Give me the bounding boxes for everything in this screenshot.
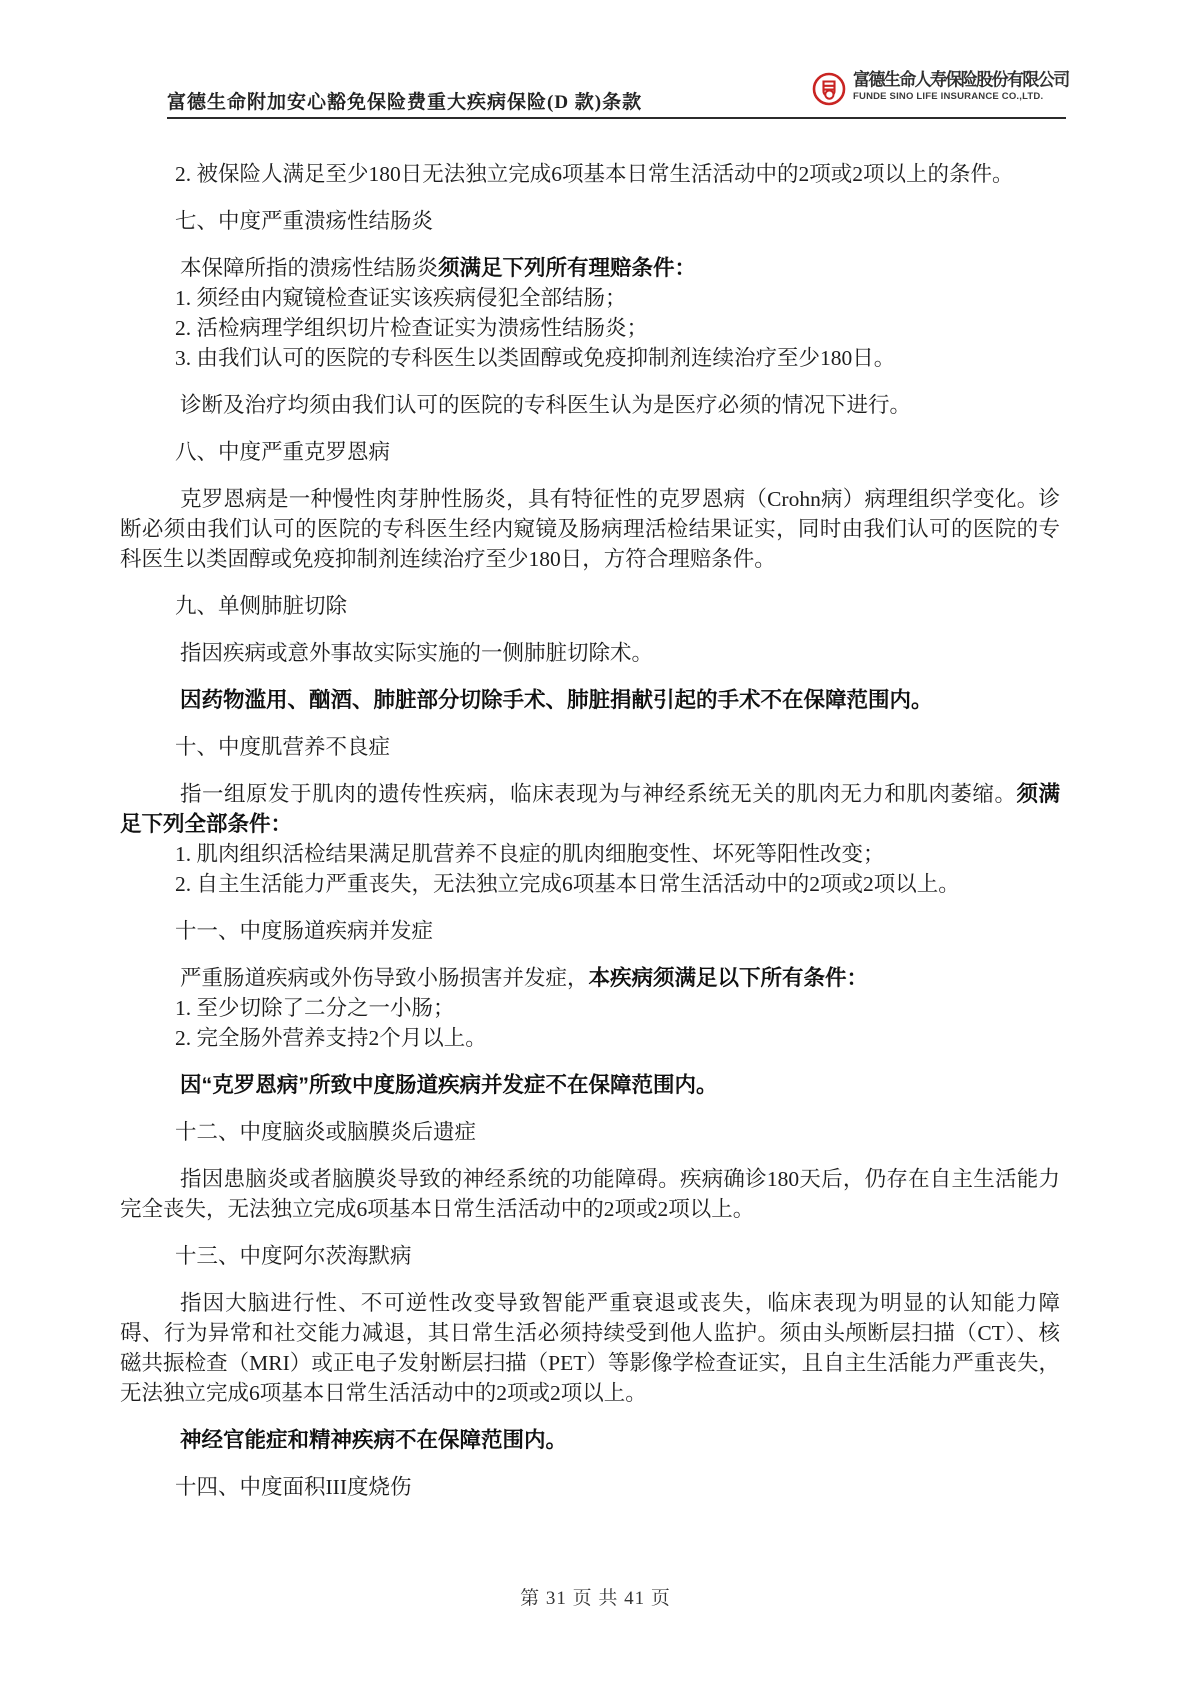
section-heading: 十一、中度肠道疾病并发症 bbox=[120, 916, 1060, 946]
header-divider bbox=[167, 117, 1066, 119]
company-name-cn: 富德生命人寿保险股份有限公司 bbox=[853, 70, 1067, 91]
list-item: 2. 活检病理学组织切片检查证实为溃疡性结肠炎； bbox=[120, 313, 1060, 343]
text-run: 十二、中度脑炎或脑膜炎后遗症 bbox=[175, 1120, 476, 1144]
paragraph: 严重肠道疾病或外伤导致小肠损害并发症，本疾病须满足以下所有条件： bbox=[120, 963, 1060, 993]
text-run: 神经官能症和精神疾病不在保障范围内。 bbox=[180, 1428, 567, 1452]
document-body: 2. 被保险人满足至少180日无法独立完成6项基本日常生活活动中的2项或2项以上… bbox=[120, 159, 1060, 1502]
text-run: 指因疾病或意外事故实际实施的一侧肺脏切除术。 bbox=[180, 641, 653, 665]
paragraph: 指一组原发于肌肉的遗传性疾病，临床表现为与神经系统无关的肌肉无力和肌肉萎缩。须满… bbox=[120, 779, 1060, 839]
paragraph: 指因患脑炎或者脑膜炎导致的神经系统的功能障碍。疾病确诊180天后，仍存在自主生活… bbox=[120, 1164, 1060, 1224]
text-run: 2. 自主生活能力严重丧失，无法独立完成6项基本日常生活活动中的2项或2项以上。 bbox=[175, 872, 960, 896]
text-run: 本保障所指的溃疡性结肠炎 bbox=[180, 256, 438, 280]
text-run: 十三、中度阿尔茨海默病 bbox=[175, 1244, 412, 1268]
section-heading: 十四、中度面积III度烧伤 bbox=[120, 1472, 1060, 1502]
company-name-en: FUNDE SINO LIFE INSURANCE CO.,LTD. bbox=[853, 91, 1067, 102]
page-footer: 第 31 页 共 41 页 bbox=[0, 1583, 1191, 1610]
doc-title: 富德生命附加安心豁免保险费重大疾病保险(D 款)条款 bbox=[167, 87, 642, 114]
section-heading: 八、中度严重克罗恩病 bbox=[120, 437, 1060, 467]
text-run: 1. 须经由内窥镜检查证实该疾病侵犯全部结肠； bbox=[175, 286, 627, 310]
section-heading: 十、中度肌营养不良症 bbox=[120, 732, 1060, 762]
text-run: 八、中度严重克罗恩病 bbox=[175, 440, 390, 464]
section-heading: 七、中度严重溃疡性结肠炎 bbox=[120, 206, 1060, 236]
paragraph: 因“克罗恩病”所致中度肠道疾病并发症不在保障范围内。 bbox=[120, 1070, 1060, 1100]
text-run: 须满足下列所有理赔条件： bbox=[438, 256, 696, 280]
text-run: 3. 由我们认可的医院的专科医生以类固醇或免疫抑制剂连续治疗至少180日。 bbox=[175, 346, 895, 370]
text-run: 指因大脑进行性、不可逆性改变导致智能严重衰退或丧失，临床表现为明显的认知能力障碍… bbox=[120, 1291, 1060, 1405]
text-run: 九、单侧肺脏切除 bbox=[175, 594, 347, 618]
text-run: 因药物滥用、酗酒、肺脏部分切除手术、肺脏捐献引起的手术不在保障范围内。 bbox=[180, 688, 933, 712]
text-run: 克罗恩病是一种慢性肉芽肿性肠炎，具有特征性的克罗恩病（Crohn病）病理组织学变… bbox=[120, 487, 1060, 571]
company-seal-icon bbox=[812, 72, 846, 106]
text-run: 严重肠道疾病或外伤导致小肠损害并发症， bbox=[180, 966, 589, 990]
text-run: 2. 被保险人满足至少180日无法独立完成6项基本日常生活活动中的2项或2项以上… bbox=[175, 162, 1014, 186]
list-item: 2. 完全肠外营养支持2个月以上。 bbox=[120, 1023, 1060, 1053]
text-run: 十一、中度肠道疾病并发症 bbox=[175, 919, 433, 943]
text-run: 七、中度严重溃疡性结肠炎 bbox=[175, 209, 433, 233]
text-run: 本疾病须满足以下所有条件： bbox=[589, 966, 869, 990]
list-item: 1. 须经由内窥镜检查证实该疾病侵犯全部结肠； bbox=[120, 283, 1060, 313]
page-number: 第 31 页 共 41 页 bbox=[520, 1588, 671, 1609]
company-name-block: 富德生命人寿保险股份有限公司 FUNDE SINO LIFE INSURANCE… bbox=[853, 70, 1067, 102]
text-run: 指一组原发于肌肉的遗传性疾病，临床表现为与神经系统无关的肌肉无力和肌肉萎缩。 bbox=[180, 782, 1016, 806]
list-item: 3. 由我们认可的医院的专科医生以类固醇或免疫抑制剂连续治疗至少180日。 bbox=[120, 343, 1060, 373]
text-run: 因“克罗恩病”所致中度肠道疾病并发症不在保障范围内。 bbox=[180, 1073, 718, 1097]
section-heading: 九、单侧肺脏切除 bbox=[120, 591, 1060, 621]
paragraph: 因药物滥用、酗酒、肺脏部分切除手术、肺脏捐献引起的手术不在保障范围内。 bbox=[120, 685, 1060, 715]
paragraph: 神经官能症和精神疾病不在保障范围内。 bbox=[120, 1425, 1060, 1455]
paragraph: 诊断及治疗均须由我们认可的医院的专科医生认为是医疗必须的情况下进行。 bbox=[120, 390, 1060, 420]
text-run: 2. 完全肠外营养支持2个月以上。 bbox=[175, 1026, 487, 1050]
text-run: 指因患脑炎或者脑膜炎导致的神经系统的功能障碍。疾病确诊180天后，仍存在自主生活… bbox=[120, 1167, 1060, 1221]
paragraph: 本保障所指的溃疡性结肠炎须满足下列所有理赔条件： bbox=[120, 253, 1060, 283]
text-run: 十四、中度面积III度烧伤 bbox=[175, 1475, 411, 1499]
text-run: 2. 活检病理学组织切片检查证实为溃疡性结肠炎； bbox=[175, 316, 648, 340]
list-item: 2. 被保险人满足至少180日无法独立完成6项基本日常生活活动中的2项或2项以上… bbox=[120, 159, 1060, 189]
paragraph: 克罗恩病是一种慢性肉芽肿性肠炎，具有特征性的克罗恩病（Crohn病）病理组织学变… bbox=[120, 484, 1060, 574]
text-run: 1. 肌肉组织活检结果满足肌营养不良症的肌肉细胞变性、坏死等阳性改变； bbox=[175, 842, 885, 866]
paragraph: 指因大脑进行性、不可逆性改变导致智能严重衰退或丧失，临床表现为明显的认知能力障碍… bbox=[120, 1288, 1060, 1408]
company-logo: 富德生命人寿保险股份有限公司 FUNDE SINO LIFE INSURANCE… bbox=[812, 70, 1068, 110]
text-run: 诊断及治疗均须由我们认可的医院的专科医生认为是医疗必须的情况下进行。 bbox=[180, 393, 911, 417]
list-item: 1. 至少切除了二分之一小肠； bbox=[120, 993, 1060, 1023]
list-item: 1. 肌肉组织活检结果满足肌营养不良症的肌肉细胞变性、坏死等阳性改变； bbox=[120, 839, 1060, 869]
text-run: 1. 至少切除了二分之一小肠； bbox=[175, 996, 455, 1020]
document-page: 富德生命附加安心豁免保险费重大疾病保险(D 款)条款 富德生命人寿保险股份有限公… bbox=[0, 0, 1191, 1684]
page-header: 富德生命附加安心豁免保险费重大疾病保险(D 款)条款 富德生命人寿保险股份有限公… bbox=[0, 0, 1191, 120]
paragraph: 指因疾病或意外事故实际实施的一侧肺脏切除术。 bbox=[120, 638, 1060, 668]
section-heading: 十二、中度脑炎或脑膜炎后遗症 bbox=[120, 1117, 1060, 1147]
text-run: 十、中度肌营养不良症 bbox=[175, 735, 390, 759]
section-heading: 十三、中度阿尔茨海默病 bbox=[120, 1241, 1060, 1271]
list-item: 2. 自主生活能力严重丧失，无法独立完成6项基本日常生活活动中的2项或2项以上。 bbox=[120, 869, 1060, 899]
